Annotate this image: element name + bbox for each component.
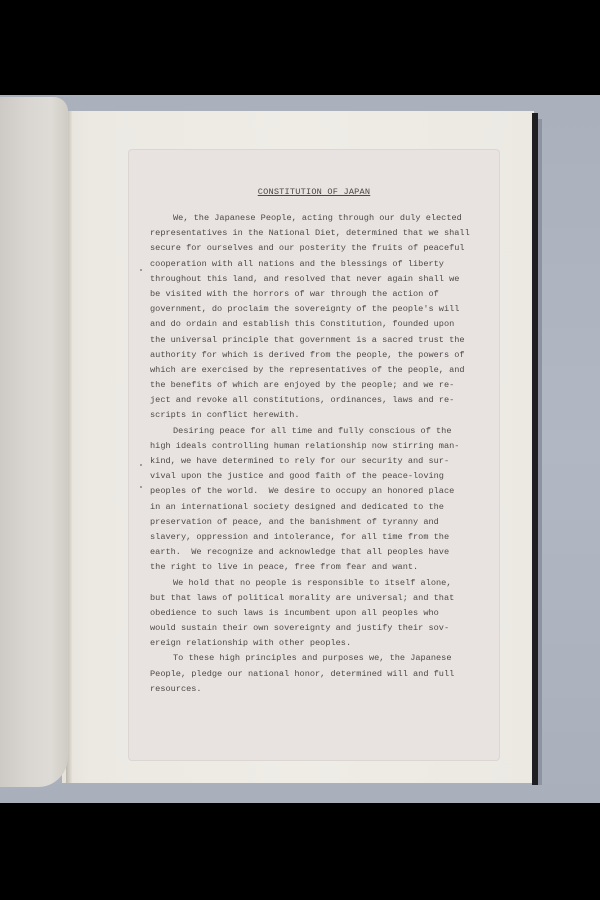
document-line: We hold that no people is responsible to…	[150, 576, 490, 591]
document-line: would sustain their own sovereignty and …	[150, 621, 490, 636]
letterbox-bottom	[0, 803, 600, 900]
photo-scene: CONSTITUTION OF JAPAN We, the Japanese P…	[0, 95, 600, 803]
document-line: authority for which is derived from the …	[150, 348, 490, 363]
document-line: which are exercised by the representativ…	[150, 363, 490, 378]
margin-mark	[140, 486, 142, 488]
document-line: and do ordain and establish this Constit…	[150, 317, 490, 332]
document-line: but that laws of political morality are …	[150, 591, 490, 606]
document-line: the right to live in peace, free from fe…	[150, 560, 490, 575]
document-line: earth. We recognize and acknowledge that…	[150, 545, 490, 560]
document-line: slavery, oppression and intolerance, for…	[150, 530, 490, 545]
document-line: the benefits of which are enjoyed by the…	[150, 378, 490, 393]
document-line: ereign relationship with other peoples.	[150, 636, 490, 651]
document-line: scripts in conflict herewith.	[150, 408, 490, 423]
document-line: in an international society designed and…	[150, 500, 490, 515]
book-cover-shadow	[538, 119, 542, 785]
document-line: representatives in the National Diet, de…	[150, 226, 490, 241]
document-line: We, the Japanese People, acting through …	[150, 211, 490, 226]
document-line: vival upon the justice and good faith of…	[150, 469, 490, 484]
book-left-page	[0, 97, 68, 787]
document-line: secure for ourselves and our posterity t…	[150, 241, 490, 256]
document-line: cooperation with all nations and the ble…	[150, 257, 490, 272]
document-line: government, do proclaim the sovereignty …	[150, 302, 490, 317]
margin-mark	[140, 464, 142, 466]
document-line: kind, we have determined to rely for our…	[150, 454, 490, 469]
document-line: throughout this land, and resolved that …	[150, 272, 490, 287]
document-body: We, the Japanese People, acting through …	[150, 211, 490, 697]
document-line: high ideals controlling human relationsh…	[150, 439, 490, 454]
margin-mark	[140, 269, 142, 271]
document-line: resources.	[150, 682, 490, 697]
typed-document: CONSTITUTION OF JAPAN We, the Japanese P…	[128, 149, 500, 761]
document-line: People, pledge our national honor, deter…	[150, 667, 490, 682]
document-line: be visited with the horrors of war throu…	[150, 287, 490, 302]
document-line: peoples of the world. We desire to occup…	[150, 484, 490, 499]
document-line: Desiring peace for all time and fully co…	[150, 424, 490, 439]
document-line: To these high principles and purposes we…	[150, 651, 490, 666]
document-line: preservation of peace, and the banishmen…	[150, 515, 490, 530]
document-line: the universal principle that government …	[150, 333, 490, 348]
document-line: ject and revoke all constitutions, ordin…	[150, 393, 490, 408]
letterbox-top	[0, 0, 600, 95]
document-line: obedience to such laws is incumbent upon…	[150, 606, 490, 621]
document-title: CONSTITUTION OF JAPAN	[128, 187, 500, 197]
